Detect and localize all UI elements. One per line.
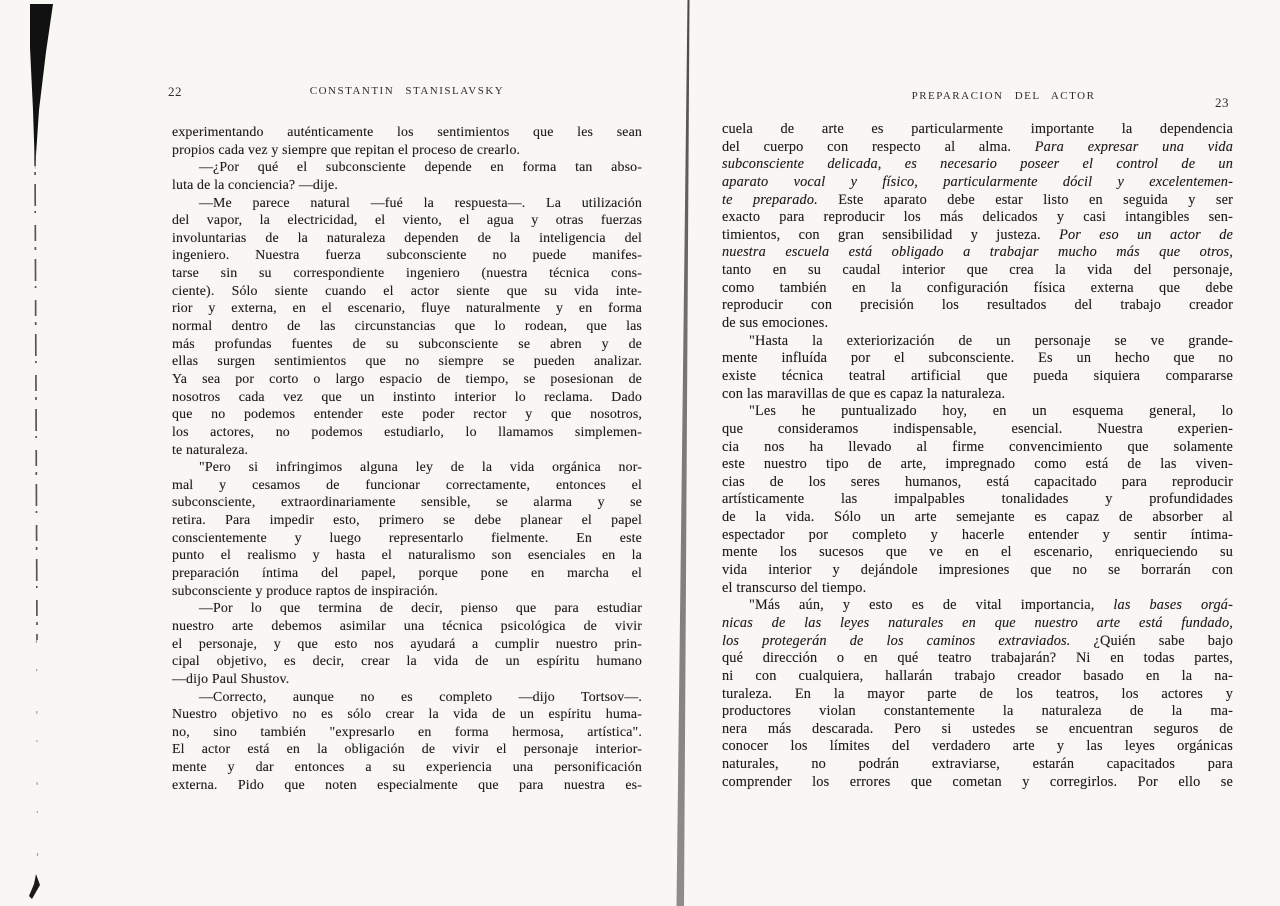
text-segment-italic: subconsciente delicada, es necesario pos… (722, 156, 1233, 172)
text-segment: que consideramos indispensable, esencial… (722, 421, 1233, 437)
text-line: —Me parece natural —fué la respuesta—. L… (172, 195, 642, 213)
text-line: que no podemos entender este poder recto… (172, 406, 642, 424)
text-segment: reproducir con precisión los resultados … (722, 297, 1233, 313)
text-line: subconsciente, extraordinariamente sensi… (172, 494, 642, 512)
text-segment: productores violan constantemente la nat… (722, 703, 1233, 719)
text-segment: este nuestro tipo de arte, impregnado co… (722, 456, 1233, 472)
text-segment: más profundas fuentes de su subconscient… (172, 337, 642, 352)
text-line: nuestra escuela está obligado a trabajar… (722, 244, 1233, 262)
text-segment: mente influída por el subconsciente. Es … (722, 350, 1233, 366)
text-line: El actor está en la obligación de vivir … (172, 741, 642, 759)
text-segment: vida interior y dejándole impresiones qu… (722, 562, 1233, 578)
text-line: timientos, con gran sensibilidad y juste… (722, 227, 1233, 245)
text-line: "Hasta la exteriorización de un personaj… (722, 333, 1233, 351)
text-segment: no, sino también "expresarlo en forma he… (172, 725, 642, 740)
right-page-number: 23 (1215, 95, 1229, 111)
text-segment: ¿Quién sabe bajo (1094, 633, 1233, 649)
text-segment-italic: nicas de las leyes naturales en que nues… (722, 615, 1233, 631)
text-line: qué dirección o en qué teatro trabajarán… (722, 650, 1233, 668)
text-segment: existe técnica teatral artificial que pu… (722, 368, 1233, 384)
text-line: exacto para reproducir los más delicados… (722, 209, 1233, 227)
text-line: cuela de arte es particularmente importa… (722, 121, 1233, 139)
text-line: ingeniero. Nuestra fuerza subconsciente … (172, 247, 642, 265)
text-line: rior y externa, en el escenario, fluye n… (172, 300, 642, 318)
gutter-shadow (677, 0, 690, 906)
text-line: aparato vocal y físico, particularmente … (722, 174, 1233, 192)
text-segment: te naturaleza. (172, 443, 248, 458)
text-line: —Por lo que termina de decir, pienso que… (172, 600, 642, 618)
text-line: tarse sin su correspondiente ingeniero (… (172, 265, 642, 283)
text-line: te naturaleza. (172, 442, 642, 460)
text-segment: retira. Para impedir esto, primero se de… (172, 513, 642, 528)
text-segment: Este aparato debe estar listo en seguida… (838, 192, 1233, 208)
text-segment: los actores, no podemos estudiarlo, lo l… (172, 425, 642, 440)
text-segment: ingeniero. Nuestra fuerza subconsciente … (172, 248, 642, 263)
text-segment: qué dirección o en qué teatro trabajarán… (722, 650, 1233, 666)
text-line: el transcurso del tiempo. (722, 580, 1233, 598)
text-segment: artísticamente las impalpables tonalidad… (722, 491, 1233, 507)
text-segment-italic: nuestra escuela está obligado a trabajar… (722, 244, 1233, 260)
text-segment: espectador por completo y hacerle entend… (722, 527, 1233, 543)
text-segment: del cuerpo con respecto al alma. (722, 139, 1035, 155)
text-line: "Pero si infringimos alguna ley de la vi… (172, 459, 642, 477)
text-segment-italic: Para expresar una vida (1035, 139, 1233, 155)
text-line: —Correcto, aunque no es completo —dijo T… (172, 689, 642, 707)
left-text-block: experimentando auténticamente los sentim… (172, 124, 642, 794)
text-line: conocer los límites del verdadero arte y… (722, 738, 1233, 756)
text-line: mente los sucesos que ve en el escenario… (722, 544, 1233, 562)
text-segment: punto el realismo y hasta el naturalismo… (172, 548, 642, 563)
text-line: artísticamente las impalpables tonalidad… (722, 491, 1233, 509)
text-segment: "Más aún, y esto es de vital importancia… (749, 597, 1113, 613)
text-segment: —¿Por qué el subconsciente depende en fo… (199, 160, 642, 175)
text-line: involuntarias de la naturaleza dependen … (172, 230, 642, 248)
text-segment: subconsciente, extraordinariamente sensi… (172, 495, 642, 510)
text-segment: de sus emociones. (722, 315, 828, 331)
text-segment: rior y externa, en el escenario, fluye n… (172, 301, 642, 316)
text-line: mente y dar entonces a su experiencia un… (172, 759, 642, 777)
text-segment: luta de la conciencia? —dije. (172, 178, 338, 193)
text-line: subconsciente delicada, es necesario pos… (722, 156, 1233, 174)
text-line: externa. Pido que noten especialmente qu… (172, 777, 642, 795)
text-line: "Les he puntualizado hoy, en un esquema … (722, 403, 1233, 421)
text-line: los actores, no podemos estudiarlo, lo l… (172, 424, 642, 442)
text-segment: ni con cualquiera, hallarán trabajo crea… (722, 668, 1233, 684)
text-segment: como también en la configuración física … (722, 280, 1233, 296)
text-line: ciente). Sólo siente cuando el actor sie… (172, 283, 642, 301)
text-line: de la vida. Sólo un arte semejante es ca… (722, 509, 1233, 527)
text-segment: "Les he puntualizado hoy, en un esquema … (749, 403, 1233, 419)
text-line: nosotros cada vez que un instinto interi… (172, 389, 642, 407)
text-line: naturales, no podrán extraviarse, estará… (722, 756, 1233, 774)
text-segment: turaleza. En la mayor parte de los teatr… (722, 686, 1233, 702)
text-segment: cuela de arte es particularmente importa… (722, 121, 1233, 137)
text-line: conscientemente y luego representarlo fi… (172, 530, 642, 548)
text-segment: conocer los límites del verdadero arte y… (722, 738, 1233, 754)
text-segment: timientos, con gran sensibilidad y juste… (722, 227, 1059, 243)
text-line: los protegerán de los caminos extraviado… (722, 633, 1233, 651)
text-segment-italic: aparato vocal y físico, particularmente … (722, 174, 1233, 190)
text-segment: tanto en su caudal interior que crea la … (722, 262, 1233, 278)
text-line: te preparado. Este aparato debe estar li… (722, 192, 1233, 210)
text-segment: —Correcto, aunque no es completo —dijo T… (199, 690, 642, 705)
text-segment: —dijo Paul Shustov. (172, 672, 289, 687)
text-line: luta de la conciencia? —dije. (172, 177, 642, 195)
text-line: "Más aún, y esto es de vital importancia… (722, 597, 1233, 615)
text-segment-italic: los protegerán de los caminos extraviado… (722, 633, 1094, 649)
text-segment: subconsciente y produce raptos de inspir… (172, 584, 438, 599)
text-segment: el personaje, y que esto nos ayudará a c… (172, 637, 642, 652)
text-segment: mente los sucesos que ve en el escenario… (722, 544, 1233, 560)
text-line: mente influída por el subconsciente. Es … (722, 350, 1233, 368)
text-segment: involuntarias de la naturaleza dependen … (172, 231, 642, 246)
text-segment: cia nos ha llevado al firme convencimien… (722, 439, 1233, 455)
text-segment-italic: las bases orgá- (1113, 597, 1233, 613)
text-segment: nosotros cada vez que un instinto interi… (172, 390, 642, 405)
right-running-header: PREPARACION DEL ACTOR (722, 90, 1233, 102)
text-line: no, sino también "expresarlo en forma he… (172, 724, 642, 742)
text-line: turaleza. En la mayor parte de los teatr… (722, 686, 1233, 704)
text-segment: exacto para reproducir los más delicados… (722, 209, 1233, 225)
text-line: ni con cualquiera, hallarán trabajo crea… (722, 668, 1233, 686)
text-segment: conscientemente y luego representarlo fi… (172, 531, 642, 546)
text-segment: Ya sea por corto o largo espacio de tiem… (172, 372, 642, 387)
text-segment: naturales, no podrán extraviarse, estará… (722, 756, 1233, 772)
text-segment: mal y cesamos de funcionar correctamente… (172, 478, 642, 493)
text-segment: cias de los seres humanos, está capacita… (722, 474, 1233, 490)
text-line: Nuestro objetivo no es sólo crear la vid… (172, 706, 642, 724)
text-segment: nuestro arte debemos asimilar una técnic… (172, 619, 642, 634)
text-line: experimentando auténticamente los sentim… (172, 124, 642, 142)
text-segment: que no podemos entender este poder recto… (172, 407, 642, 422)
text-segment: "Hasta la exteriorización de un personaj… (749, 333, 1233, 349)
text-line: reproducir con precisión los resultados … (722, 297, 1233, 315)
text-segment-italic: te preparado. (722, 192, 838, 208)
text-line: cipal objetivo, es decir, crear la vida … (172, 653, 642, 671)
text-line: subconsciente y produce raptos de inspir… (172, 583, 642, 601)
text-line: comprender los errores que cometan y cor… (722, 774, 1233, 792)
text-segment: —Por lo que termina de decir, pienso que… (199, 601, 642, 616)
text-line: normal dentro de las circunstancias que … (172, 318, 642, 336)
text-line: productores violan constantemente la nat… (722, 703, 1233, 721)
text-line: preparación íntima del papel, porque pon… (172, 565, 642, 583)
text-segment: el transcurso del tiempo. (722, 580, 866, 596)
text-line: cias de los seres humanos, está capacita… (722, 474, 1233, 492)
text-segment-italic: Por eso un actor de (1059, 227, 1233, 243)
left-running-header: CONSTANTIN STANISLAVSKY (172, 85, 642, 97)
text-line: tanto en su caudal interior que crea la … (722, 262, 1233, 280)
text-line: de sus emociones. (722, 315, 1233, 333)
text-segment: experimentando auténticamente los sentim… (172, 125, 642, 140)
text-segment: preparación íntima del papel, porque pon… (172, 566, 642, 581)
text-line: nuestro arte debemos asimilar una técnic… (172, 618, 642, 636)
text-line: nicas de las leyes naturales en que nues… (722, 615, 1233, 633)
text-segment: de la vida. Sólo un arte semejante es ca… (722, 509, 1233, 525)
text-segment: "Pero si infringimos alguna ley de la vi… (199, 460, 642, 475)
text-segment: El actor está en la obligación de vivir … (172, 742, 642, 757)
text-line: del vapor, la electricidad, el viento, e… (172, 212, 642, 230)
book-scan: { "scan_colors": { "paper": "#f8f7f4", "… (0, 0, 1280, 906)
text-line: cia nos ha llevado al firme convencimien… (722, 439, 1233, 457)
text-segment: ellas surgen sentimientos que no siempre… (172, 354, 642, 369)
text-line: vida interior y dejándole impresiones qu… (722, 562, 1233, 580)
right-text-block: cuela de arte es particularmente importa… (722, 121, 1233, 791)
text-segment: mente y dar entonces a su experiencia un… (172, 760, 642, 775)
text-segment: tarse sin su correspondiente ingeniero (… (172, 266, 642, 281)
text-segment: propios cada vez y siempre que repitan e… (172, 143, 520, 158)
ink-mark (29, 874, 40, 899)
text-segment: Nuestro objetivo no es sólo crear la vid… (172, 707, 642, 722)
text-line: ellas surgen sentimientos que no siempre… (172, 353, 642, 371)
text-line: que consideramos indispensable, esencial… (722, 421, 1233, 439)
text-segment: ciente). Sólo siente cuando el actor sie… (172, 284, 642, 299)
text-line: punto el realismo y hasta el naturalismo… (172, 547, 642, 565)
text-line: existe técnica teatral artificial que pu… (722, 368, 1233, 386)
text-segment: del vapor, la electricidad, el viento, e… (172, 213, 642, 228)
text-line: —¿Por qué el subconsciente depende en fo… (172, 159, 642, 177)
spine-shadow-mark (30, 4, 53, 860)
text-segment: comprender los errores que cometan y cor… (722, 774, 1233, 790)
text-line: este nuestro tipo de arte, impregnado co… (722, 456, 1233, 474)
text-line: con las maravillas de que es capaz la na… (722, 386, 1233, 404)
text-line: —dijo Paul Shustov. (172, 671, 642, 689)
text-line: espectador por completo y hacerle entend… (722, 527, 1233, 545)
text-line: retira. Para impedir esto, primero se de… (172, 512, 642, 530)
text-line: más profundas fuentes de su subconscient… (172, 336, 642, 354)
text-line: el personaje, y que esto nos ayudará a c… (172, 636, 642, 654)
text-segment: externa. Pido que noten especialmente qu… (172, 778, 642, 793)
text-line: propios cada vez y siempre que repitan e… (172, 142, 642, 160)
text-segment: cipal objetivo, es decir, crear la vida … (172, 654, 642, 669)
text-line: mal y cesamos de funcionar correctamente… (172, 477, 642, 495)
text-segment: nera más descarada. Pero si ustedes se e… (722, 721, 1233, 737)
text-segment: —Me parece natural —fué la respuesta—. L… (199, 196, 642, 211)
text-segment: normal dentro de las circunstancias que … (172, 319, 642, 334)
text-line: como también en la configuración física … (722, 280, 1233, 298)
text-line: Ya sea por corto o largo espacio de tiem… (172, 371, 642, 389)
text-line: nera más descarada. Pero si ustedes se e… (722, 721, 1233, 739)
text-segment: con las maravillas de que es capaz la na… (722, 386, 1005, 402)
text-line: del cuerpo con respecto al alma. Para ex… (722, 139, 1233, 157)
